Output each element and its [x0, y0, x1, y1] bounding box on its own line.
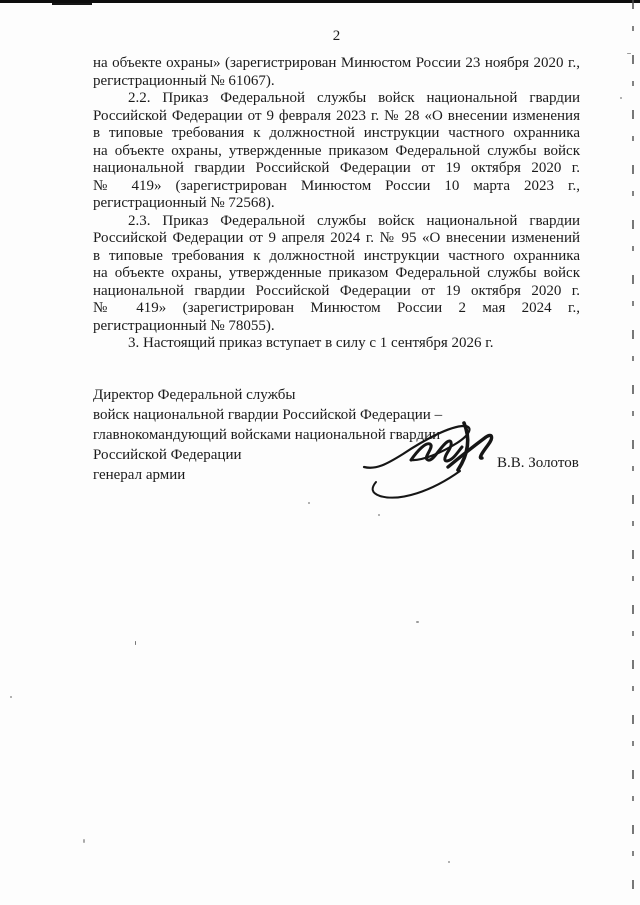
scan-speck	[308, 502, 310, 504]
text-line: Российской Федерации от 9 апреля 2024 г.…	[93, 230, 580, 248]
paragraph: 3. Настоящий приказ вступает в силу с 1 …	[93, 335, 580, 353]
scan-speck	[448, 861, 450, 863]
text-line: 2.2. Приказ Федеральной службы войск нац…	[93, 90, 580, 108]
paragraph: 2.3. Приказ Федеральной службы войск нац…	[93, 213, 580, 336]
text-line: в типовые требования к должностной инстр…	[93, 125, 580, 143]
scan-speck	[83, 839, 85, 843]
scan-speck	[378, 514, 380, 516]
text-line: регистрационный № 72568).	[93, 195, 580, 213]
signer-name: В.В. Золотов	[497, 455, 579, 472]
scan-top-edge-artifact	[52, 3, 92, 5]
text-line: 2.3. Приказ Федеральной службы войск нац…	[93, 213, 580, 231]
text-line: в типовые требования к должностной инстр…	[93, 248, 580, 266]
text-line: № 419» (зарегистрирован Минюстом России …	[93, 300, 580, 318]
document-body: на объекте охраны» (зарегистрирован Миню…	[93, 55, 580, 353]
handwritten-signature	[358, 413, 508, 503]
signer-title-line: Директор Федеральной службы	[93, 385, 513, 405]
scan-speck	[627, 53, 631, 54]
paragraph: 2.2. Приказ Федеральной службы войск нац…	[93, 90, 580, 213]
text-line: Российской Федерации от 9 февраля 2023 г…	[93, 108, 580, 126]
scan-right-edge-artifact	[632, 0, 634, 905]
text-line: № 419» (зарегистрирован Минюстом России …	[93, 178, 580, 196]
scan-speck	[620, 97, 622, 99]
scan-speck	[416, 621, 419, 623]
text-line: регистрационный № 78055).	[93, 318, 580, 336]
text-line: национальной гвардии Российской Федераци…	[93, 160, 580, 178]
text-line: национальной гвардии Российской Федераци…	[93, 283, 580, 301]
text-line: на объекте охраны, утвержденные приказом…	[93, 143, 580, 161]
text-line: регистрационный № 61067).	[93, 73, 580, 91]
paragraph: на объекте охраны» (зарегистрирован Миню…	[93, 55, 580, 90]
text-line: на объекте охраны» (зарегистрирован Миню…	[93, 55, 580, 73]
text-line: 3. Настоящий приказ вступает в силу с 1 …	[93, 335, 580, 353]
scanned-document-page: 2 на объекте охраны» (зарегистрирован Ми…	[0, 0, 640, 905]
text-line: на объекте охраны, утвержденные приказом…	[93, 265, 580, 283]
scan-top-edge-artifact	[0, 0, 640, 3]
scan-speck	[135, 641, 136, 645]
page-number: 2	[93, 28, 580, 44]
scan-speck	[10, 696, 12, 698]
